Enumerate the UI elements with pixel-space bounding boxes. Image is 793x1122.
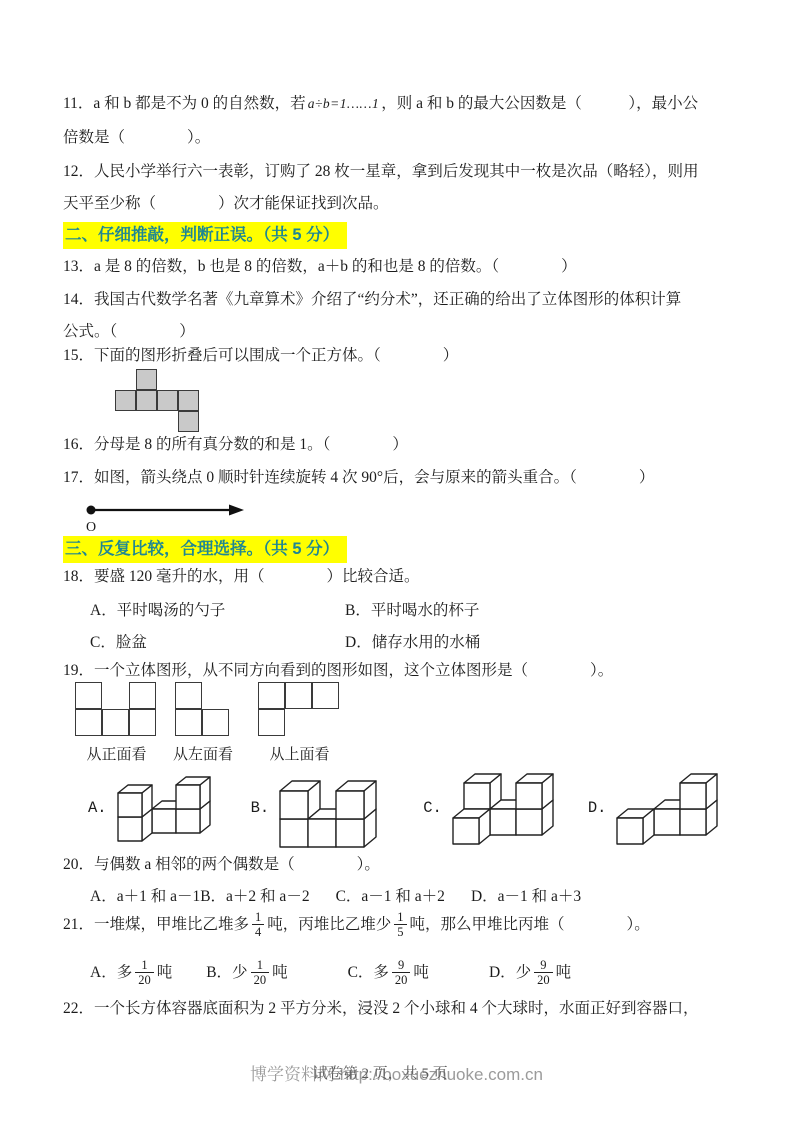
q19-option-b-label: B. xyxy=(251,799,270,817)
q19-option-c: C. xyxy=(423,769,558,847)
fraction-numerator: 9 xyxy=(537,958,549,972)
q20-options-row: A．a＋1 和 a－1B．a＋2 和 a－2C．a－1 和 a＋2D．a－1 和… xyxy=(90,886,581,908)
fraction-denominator: 20 xyxy=(534,972,553,987)
q20-option-c: C．a－1 和 a＋2 xyxy=(336,888,445,905)
left-view-label: 从左面看 xyxy=(173,743,233,764)
q21-option-c: C．多 9 20 吨 xyxy=(348,958,429,988)
question-12-line2: 天平至少称（ ）次才能保证找到次品。 xyxy=(63,193,389,215)
question-12-line1: 12．人民小学举行六一表彰，订购了 28 枚一星章，拿到后发现其中一枚是次品（略… xyxy=(63,161,699,183)
front-view-figure xyxy=(75,682,158,738)
fraction-numerator: 9 xyxy=(395,958,407,972)
cube-stack-figure-a xyxy=(115,772,215,844)
fraction-numerator: 1 xyxy=(138,958,150,972)
q18-option-b: B．平时喝水的杯子 xyxy=(345,598,479,620)
top-view: 从上面看 xyxy=(258,682,341,764)
front-view: 从正面看 xyxy=(75,682,158,764)
top-view-label: 从上面看 xyxy=(270,743,330,764)
left-view: 从左面看 xyxy=(173,682,233,764)
q20-option-d: D．a－1 和 a＋3 xyxy=(471,888,581,905)
cube-stack-figure-b xyxy=(277,766,393,850)
q11-text-post: ，则 a 和 b 的最大公因数是（ ），最小公 xyxy=(381,95,698,112)
question-13: 13．a 是 8 的倍数，b 也是 8 的倍数，a＋b 的和也是 8 的倍数。（… xyxy=(63,256,577,278)
question-20: 20．与偶数 a 相邻的两个偶数是（ ）。 xyxy=(63,854,380,876)
q21-option-d-label: D．少 xyxy=(489,962,531,984)
rotation-arrow-figure: O xyxy=(84,500,249,536)
q21-option-c-label: C．多 xyxy=(348,962,389,984)
question-14-line2: 公式。（ ） xyxy=(63,321,195,343)
fraction-denominator: 20 xyxy=(392,972,411,987)
q21-fraction-1: 1 4 xyxy=(252,910,264,940)
q21-option-b-fraction: 1 20 xyxy=(251,958,270,988)
q19-options-row: A. B. C. D. xyxy=(88,766,722,850)
question-14-line1: 14．我国古代数学名著《九章算术》介绍了“约分术”，还正确的给出了立体图形的体积… xyxy=(63,289,681,311)
fraction-numerator: 1 xyxy=(254,958,266,972)
front-view-label: 从正面看 xyxy=(86,743,146,764)
q11-division-formula: a÷b=1……1 xyxy=(306,96,382,111)
section-2-header: 二、仔细推敲，判断正误。（共 5 分） xyxy=(63,222,347,249)
q21-options-row: A．多 1 20 吨 B．少 1 20 吨 C．多 9 20 吨 D．少 xyxy=(90,958,571,988)
cube-stack-figure-d xyxy=(614,769,722,847)
left-view-figure xyxy=(175,682,231,738)
q19-option-d-label: D. xyxy=(588,799,607,817)
q21-option-a-fraction: 1 20 xyxy=(135,958,154,988)
q21-option-a-unit: 吨 xyxy=(157,962,173,984)
q19-option-c-label: C. xyxy=(423,799,442,817)
question-19: 19．一个立体图形，从不同方向看到的图形如图，这个立体图形是（ ）。 xyxy=(63,660,613,682)
fraction-numerator: 1 xyxy=(252,910,264,924)
question-15: 15．下面的图形折叠后可以围成一个正方体。（ ） xyxy=(63,345,458,367)
cube-stack-figure-c xyxy=(450,769,558,847)
q21-option-c-fraction: 9 20 xyxy=(392,958,411,988)
q19-three-views: 从正面看 从左面看 从上面看 xyxy=(75,682,341,764)
q19-option-a-label: A. xyxy=(88,799,107,817)
page-number-label: 试卷第 2 页，共 5 页 xyxy=(313,1062,448,1083)
q19-option-a: A. xyxy=(88,772,215,844)
q21-option-b-unit: 吨 xyxy=(272,962,288,984)
fraction-denominator: 4 xyxy=(252,924,264,939)
q21-text-mid2: 吨，那么甲堆比丙堆（ ）。 xyxy=(410,914,650,936)
q19-option-d: D. xyxy=(588,769,723,847)
q21-option-b: B．少 1 20 吨 xyxy=(206,958,287,988)
arrow-icon xyxy=(84,500,249,520)
fraction-denominator: 20 xyxy=(251,972,270,987)
q18-option-c: C．脸盆 xyxy=(90,630,147,652)
exam-page: 11．a 和 b 都是不为 0 的自然数，若a÷b=1……1，则 a 和 b 的… xyxy=(0,0,793,1122)
q18-option-d: D．储存水用的水桶 xyxy=(345,630,480,652)
fraction-denominator: 20 xyxy=(135,972,154,987)
question-11-line2: 倍数是（ ）。 xyxy=(63,127,210,149)
question-11-line1: 11．a 和 b 都是不为 0 的自然数，若a÷b=1……1，则 a 和 b 的… xyxy=(63,93,698,115)
q20-option-b: B．a＋2 和 a－2 xyxy=(200,888,309,905)
rotation-point-label: O xyxy=(86,520,249,536)
q21-text-mid1: 吨，丙堆比乙堆少 xyxy=(267,914,391,936)
fraction-numerator: 1 xyxy=(394,910,406,924)
question-18: 18．要盛 120 毫升的水，用（ ）比较合适。 xyxy=(63,566,420,588)
q21-option-b-label: B．少 xyxy=(206,962,247,984)
q21-text-pre: 21．一堆煤，甲堆比乙堆多 xyxy=(63,914,249,936)
q21-option-d-fraction: 9 20 xyxy=(534,958,553,988)
question-17: 17．如图，箭头绕点 0 顺时针连续旋转 4 次 90°后，会与原来的箭头重合。… xyxy=(63,467,654,489)
q19-option-b: B. xyxy=(251,766,394,850)
q21-fraction-2: 1 5 xyxy=(394,910,406,940)
q18-option-a: A．平时喝汤的勺子 xyxy=(90,598,225,620)
cube-net-figure xyxy=(115,369,201,434)
fraction-denominator: 5 xyxy=(394,924,406,939)
q20-option-a: A．a＋1 和 a－1 xyxy=(90,888,200,905)
top-view-figure xyxy=(258,682,341,738)
q21-option-d-unit: 吨 xyxy=(556,962,572,984)
question-21: 21．一堆煤，甲堆比乙堆多 1 4 吨，丙堆比乙堆少 1 5 吨，那么甲堆比丙堆… xyxy=(63,910,650,940)
section-3-header: 三、反复比较，合理选择。（共 5 分） xyxy=(63,536,347,563)
q21-option-a-label: A．多 xyxy=(90,962,132,984)
page-footer: 博学资料网 http://boxuezhuoke.com.cn 试卷第 2 页，… xyxy=(0,1056,793,1090)
q21-option-a: A．多 1 20 吨 xyxy=(90,958,172,988)
question-16: 16．分母是 8 的所有真分数的和是 1。（ ） xyxy=(63,434,408,456)
q21-option-c-unit: 吨 xyxy=(413,962,429,984)
q21-option-d: D．少 9 20 吨 xyxy=(489,958,571,988)
q11-text-pre: 11．a 和 b 都是不为 0 的自然数，若 xyxy=(63,95,306,112)
question-22: 22．一个长方体容器底面积为 2 平方分米，浸没 2 个小球和 4 个大球时，水… xyxy=(63,998,699,1020)
